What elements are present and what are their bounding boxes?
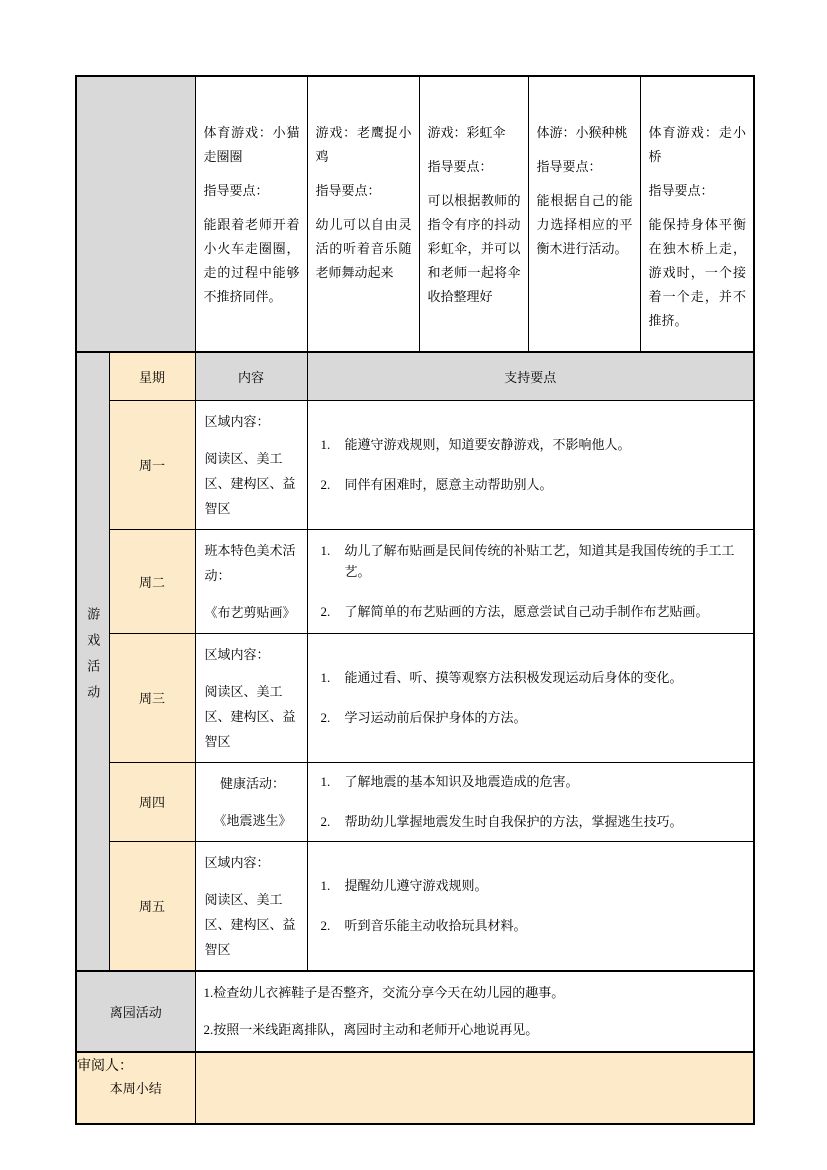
point-number: 1.	[321, 667, 345, 688]
reviewer-label: 审阅人：	[77, 1058, 133, 1076]
content-line: 区域内容：	[205, 850, 301, 875]
point-number: 1.	[321, 771, 345, 792]
point-text: 能通过看、听、摸等观察方法积极发现运动后身体的变化。	[345, 667, 744, 688]
weekday-row-monday: 周一 区域内容： 阅读区、美工区、建构区、益智区 1. 能遵守游戏规则，知道要安…	[76, 400, 754, 529]
day-label: 周五	[109, 841, 195, 971]
guide-label: 指导要点：	[649, 179, 747, 203]
activity-title: 体育游戏：小猫走圈圈	[204, 121, 300, 169]
content-cell: 区域内容： 阅读区、美工区、建构区、益智区	[195, 841, 307, 971]
support-points-cell: 1. 提醒幼儿遵守游戏规则。 2. 听到音乐能主动收拾玩具材料。	[307, 841, 754, 971]
weekday-row-tuesday: 周二 班本特色美术活动： 《布艺剪贴画》 1. 幼儿了解布贴画是民间传统的补贴工…	[76, 529, 754, 633]
leave-activity-row: 离园活动 1.检查幼儿衣裤鞋子是否整齐，交流分享今天在幼儿园的趣事。 2.按照一…	[76, 971, 754, 1052]
point-text: 能遵守游戏规则，知道要安静游戏，不影响他人。	[345, 434, 744, 455]
support-points-cell: 1. 幼儿了解布贴画是民间传统的补贴工艺，知道其是我国传统的手工工艺。 2. 了…	[307, 529, 754, 633]
content-cell: 班本特色美术活动： 《布艺剪贴画》	[195, 529, 307, 633]
point-text: 提醒幼儿遵守游戏规则。	[345, 875, 744, 896]
activity-cell-4: 体游：小猴种桃 指导要点： 能根据自己的能力选择相应的平衡木进行活动。	[528, 76, 640, 352]
support-point: 2. 听到音乐能主动收拾玩具材料。	[321, 915, 744, 936]
day-label: 周四	[109, 762, 195, 841]
content-cell: 区域内容： 阅读区、美工区、建构区、益智区	[195, 400, 307, 529]
point-text: 了解简单的布艺贴画的方法，愿意尝试自己动手制作布艺贴画。	[345, 601, 744, 622]
activity-title: 游戏：彩虹伞	[428, 121, 521, 145]
point-text: 了解地震的基本知识及地震造成的危害。	[345, 771, 744, 792]
guide-text: 能跟着老师开着小火车走圈圈，走的过程中能够不推挤同伴。	[204, 213, 300, 309]
leave-activity-label: 离园活动	[76, 971, 195, 1052]
content-line: 《地震逃生》	[205, 808, 301, 833]
content-line: 阅读区、美工区、建构区、益智区	[205, 679, 301, 754]
content-line: 区域内容：	[205, 642, 301, 667]
top-activities-row: 体育游戏：小猫走圈圈 指导要点： 能跟着老师开着小火车走圈圈，走的过程中能够不推…	[76, 76, 754, 352]
guide-text: 可以根据教师的指令有序的抖动彩虹伞，并可以和老师一起将伞收拾整理好	[428, 189, 521, 309]
day-label: 周一	[109, 400, 195, 529]
guide-label: 指导要点：	[316, 179, 412, 203]
day-label: 周二	[109, 529, 195, 633]
activity-cell-1: 体育游戏：小猫走圈圈 指导要点： 能跟着老师开着小火车走圈圈，走的过程中能够不推…	[195, 76, 307, 352]
support-point: 2. 学习运动前后保护身体的方法。	[321, 707, 744, 728]
point-number: 2.	[321, 811, 345, 832]
content-line: 健康活动：	[205, 771, 301, 796]
weekly-summary-row: 本周小结	[76, 1052, 754, 1124]
header-content: 内容	[195, 352, 307, 400]
header-support: 支持要点	[307, 352, 754, 400]
point-text: 同伴有困难时，愿意主动帮助别人。	[345, 474, 744, 495]
point-text: 听到音乐能主动收拾玩具材料。	[345, 915, 744, 936]
support-points-cell: 1. 了解地震的基本知识及地震造成的危害。 2. 帮助幼儿掌握地震发生时自我保护…	[307, 762, 754, 841]
leave-activity-line: 1.检查幼儿衣裤鞋子是否整齐，交流分享今天在幼儿园的趣事。	[204, 982, 744, 1003]
support-point: 2. 同伴有困难时，愿意主动帮助别人。	[321, 474, 744, 495]
point-number: 2.	[321, 915, 345, 936]
activity-title: 体游：小猴种桃	[537, 121, 633, 145]
games-header-row: 游戏活动 星期 内容 支持要点	[76, 352, 754, 400]
support-point: 2. 了解简单的布艺贴画的方法，愿意尝试自己动手制作布艺贴画。	[321, 601, 744, 622]
content-cell: 健康活动： 《地震逃生》	[195, 762, 307, 841]
guide-text: 能根据自己的能力选择相应的平衡木进行活动。	[537, 189, 633, 261]
activity-title: 游戏：老鹰捉小鸡	[316, 121, 412, 169]
weekly-summary-content	[195, 1052, 754, 1124]
point-text: 学习运动前后保护身体的方法。	[345, 707, 744, 728]
activity-cell-3: 游戏：彩虹伞 指导要点： 可以根据教师的指令有序的抖动彩虹伞，并可以和老师一起将…	[419, 76, 528, 352]
empty-corner-cell	[76, 76, 195, 352]
content-line: 阅读区、美工区、建构区、益智区	[205, 446, 301, 521]
weekly-plan-table: 体育游戏：小猫走圈圈 指导要点： 能跟着老师开着小火车走圈圈，走的过程中能够不推…	[75, 75, 755, 1125]
content-cell: 区域内容： 阅读区、美工区、建构区、益智区	[195, 633, 307, 762]
guide-text: 幼儿可以自由灵活的听着音乐随老师舞动起来	[316, 213, 412, 285]
point-number: 2.	[321, 474, 345, 495]
support-point: 1. 能遵守游戏规则，知道要安静游戏，不影响他人。	[321, 434, 744, 455]
support-point: 1. 幼儿了解布贴画是民间传统的补贴工艺，知道其是我国传统的手工工艺。	[321, 540, 744, 582]
activity-cell-2: 游戏：老鹰捉小鸡 指导要点： 幼儿可以自由灵活的听着音乐随老师舞动起来	[307, 76, 419, 352]
content-line: 班本特色美术活动：	[205, 538, 301, 588]
content-line: 区域内容：	[205, 409, 301, 434]
guide-label: 指导要点：	[204, 179, 300, 203]
point-number: 1.	[321, 875, 345, 896]
point-number: 2.	[321, 601, 345, 622]
support-point: 1. 了解地震的基本知识及地震造成的危害。	[321, 771, 744, 792]
games-section-side-label-cell: 游戏活动	[76, 352, 109, 971]
support-points-cell: 1. 能通过看、听、摸等观察方法积极发现运动后身体的变化。 2. 学习运动前后保…	[307, 633, 754, 762]
leave-activity-content: 1.检查幼儿衣裤鞋子是否整齐，交流分享今天在幼儿园的趣事。 2.按照一米线距离排…	[195, 971, 754, 1052]
content-line: 阅读区、美工区、建构区、益智区	[205, 887, 301, 962]
day-label: 周三	[109, 633, 195, 762]
support-point: 1. 能通过看、听、摸等观察方法积极发现运动后身体的变化。	[321, 667, 744, 688]
support-points-cell: 1. 能遵守游戏规则，知道要安静游戏，不影响他人。 2. 同伴有困难时，愿意主动…	[307, 400, 754, 529]
guide-label: 指导要点：	[428, 155, 521, 179]
weekday-row-thursday: 周四 健康活动： 《地震逃生》 1. 了解地震的基本知识及地震造成的危害。 2.…	[76, 762, 754, 841]
point-number: 1.	[321, 540, 345, 561]
point-text: 帮助幼儿掌握地震发生时自我保护的方法，掌握逃生技巧。	[345, 811, 744, 832]
support-point: 1. 提醒幼儿遵守游戏规则。	[321, 875, 744, 896]
leave-activity-line: 2.按照一米线距离排队，离园时主动和老师开心地说再见。	[204, 1019, 744, 1040]
support-point: 2. 帮助幼儿掌握地震发生时自我保护的方法，掌握逃生技巧。	[321, 811, 744, 832]
weekday-row-wednesday: 周三 区域内容： 阅读区、美工区、建构区、益智区 1. 能通过看、听、摸等观察方…	[76, 633, 754, 762]
games-section-side-label: 游戏活动	[86, 607, 99, 711]
point-text: 幼儿了解布贴画是民间传统的补贴工艺，知道其是我国传统的手工工艺。	[345, 540, 744, 582]
guide-text: 能保持身体平衡在独木桥上走，游戏时，一个接着一个走，并不推挤。	[649, 213, 747, 333]
header-weekday: 星期	[109, 352, 195, 400]
point-number: 1.	[321, 434, 345, 455]
document-page: 体育游戏：小猫走圈圈 指导要点： 能跟着老师开着小火车走圈圈，走的过程中能够不推…	[0, 0, 827, 1170]
guide-label: 指导要点：	[537, 155, 633, 179]
activity-cell-5: 体育游戏：走小桥 指导要点： 能保持身体平衡在独木桥上走，游戏时，一个接着一个走…	[640, 76, 754, 352]
activity-title: 体育游戏：走小桥	[649, 121, 747, 169]
content-line: 《布艺剪贴画》	[205, 600, 301, 625]
point-number: 2.	[321, 707, 345, 728]
weekday-row-friday: 周五 区域内容： 阅读区、美工区、建构区、益智区 1. 提醒幼儿遵守游戏规则。 …	[76, 841, 754, 971]
